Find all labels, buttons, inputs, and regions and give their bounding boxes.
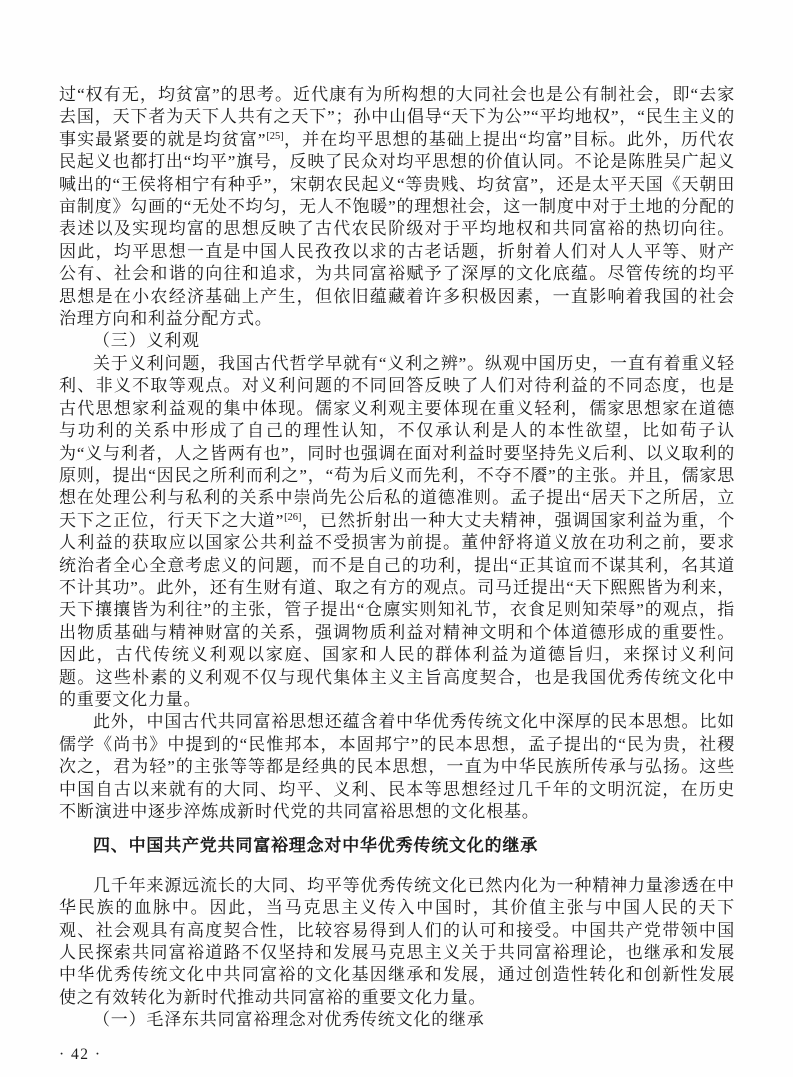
section-heading-4: 四、中国共产党共同富裕理念对中华优秀传统文化的继承	[59, 835, 735, 857]
paragraph-text-after-ref: ，并在均平思想的基础上提出“均富”目标。此外，历代农民起义也都打出“均平”旗号，…	[59, 130, 735, 328]
paragraph-text-before-ref: 关于义利问题，我国古代哲学早就有“义利之辨”。纵观中国历史，一直有着重义轻利、非…	[59, 354, 735, 530]
page-number: · 42 ·	[59, 1045, 735, 1065]
paragraph-inheritance: 几千年来源远流长的大同、均平等优秀传统文化已然内化为一种精神力量渗透在中华民族的…	[59, 875, 735, 1009]
page-content: 过“权有无，均贫富”的思考。近代康有为所构想的大同社会也是公有制社会，即“去家去…	[59, 84, 735, 1065]
subheading-yiliguan: （三）义利观	[59, 330, 735, 352]
footnote-ref-26: [26]	[284, 512, 302, 523]
subheading-mao: （一）毛泽东共同富裕理念对优秀传统文化的继承	[59, 1009, 735, 1031]
paragraph-yili: 关于义利问题，我国古代哲学早就有“义利之辨”。纵观中国历史，一直有着重义轻利、非…	[59, 353, 735, 712]
paragraph-junping-continuation: 过“权有无，均贫富”的思考。近代康有为所构想的大同社会也是公有制社会，即“去家去…	[59, 84, 735, 330]
document-page: 过“权有无，均贫富”的思考。近代康有为所构想的大同社会也是公有制社会，即“去家去…	[0, 0, 793, 1077]
footnote-ref-25: [25]	[266, 131, 284, 142]
paragraph-text-after-ref: ，已然折射出一种大丈夫精神，强调国家利益为重，个人利益的获取应以国家公共利益不受…	[59, 511, 735, 709]
paragraph-minben: 此外，中国古代共同富裕思想还蕴含着中华优秀传统文化中深厚的民本思想。比如儒学《尚…	[59, 711, 735, 823]
